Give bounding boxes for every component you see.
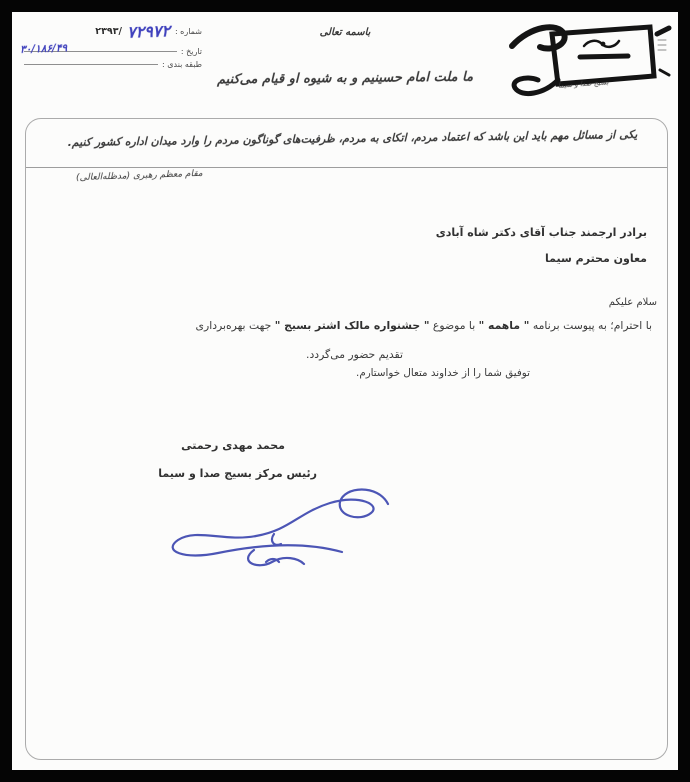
closing-line: توفیق شما را از خداوند متعال خواستارم. xyxy=(356,367,530,379)
number-label: شماره : xyxy=(175,27,202,36)
body-segment-1: با احترام؛ به پیوست برنامه xyxy=(529,319,652,332)
number-handwritten-value: ۷۲۹۷۲ xyxy=(127,21,171,41)
signature-scribble-icon xyxy=(138,478,410,568)
recipient-title-line: معاون محترم سیما xyxy=(545,252,647,265)
classification-label: طبقه بندی : xyxy=(162,60,202,69)
classification-fill-line xyxy=(24,64,158,66)
body-segment-3: با موضوع xyxy=(430,319,479,332)
recipient-name-line: برادر ارجمند جناب آقای دکتر شاه آبادی xyxy=(436,226,647,239)
quote-divider-line xyxy=(26,167,667,168)
letterhead-logo-block: بسیج صدا و سیما xyxy=(500,14,675,100)
number-typed-value: ۲۳۹۳/ xyxy=(95,26,122,37)
body-line-2: تقدیم حضور می‌گردد. xyxy=(306,348,403,361)
header-reference-fields: شماره : ۷۲۹۷۲ ۲۳۹۳/ تاریخ : ۳۰/۱۸۶/۴۹ طب… xyxy=(20,22,202,72)
date-handwritten-value: ۳۰/۱۸۶/۴۹ xyxy=(20,42,68,56)
number-row: شماره : ۷۲۹۷۲ ۲۳۹۳/ xyxy=(20,22,202,41)
body-segment-5: جهت بهره‌برداری xyxy=(196,319,275,332)
body-line-1: با احترام؛ به پیوست برنامه " ماهمه " با … xyxy=(196,319,652,332)
besmellah-heading: باسمه تعالی xyxy=(320,27,371,38)
date-label: تاریخ : xyxy=(181,47,202,56)
program-name-bold: " ماهمه " xyxy=(479,319,530,332)
motto-calligraphy: ما ملت امام حسینیم و به شیوه او قیام می‌… xyxy=(217,70,473,88)
scanned-letter-page: شماره : ۷۲۹۷۲ ۲۳۹۳/ تاریخ : ۳۰/۱۸۶/۴۹ طب… xyxy=(0,0,690,782)
salutation-line: سلام علیکم xyxy=(609,297,657,308)
classification-row: طبقه بندی : xyxy=(20,60,202,69)
date-row: تاریخ : ۳۰/۱۸۶/۴۹ xyxy=(20,47,202,56)
quote-attribution: مقام معظم رهبری (مدظله‌العالی) xyxy=(76,169,203,183)
festival-name-bold: " جشنواره مالک اشتر بسیج " xyxy=(275,319,430,332)
letter-body-frame: یکی از مسائل مهم باید این باشد که اعتماد… xyxy=(25,118,668,760)
leader-quote: یکی از مسائل مهم باید این باشد که اعتماد… xyxy=(56,128,649,149)
signatory-name: محمد مهدی رحمتی xyxy=(181,439,285,452)
